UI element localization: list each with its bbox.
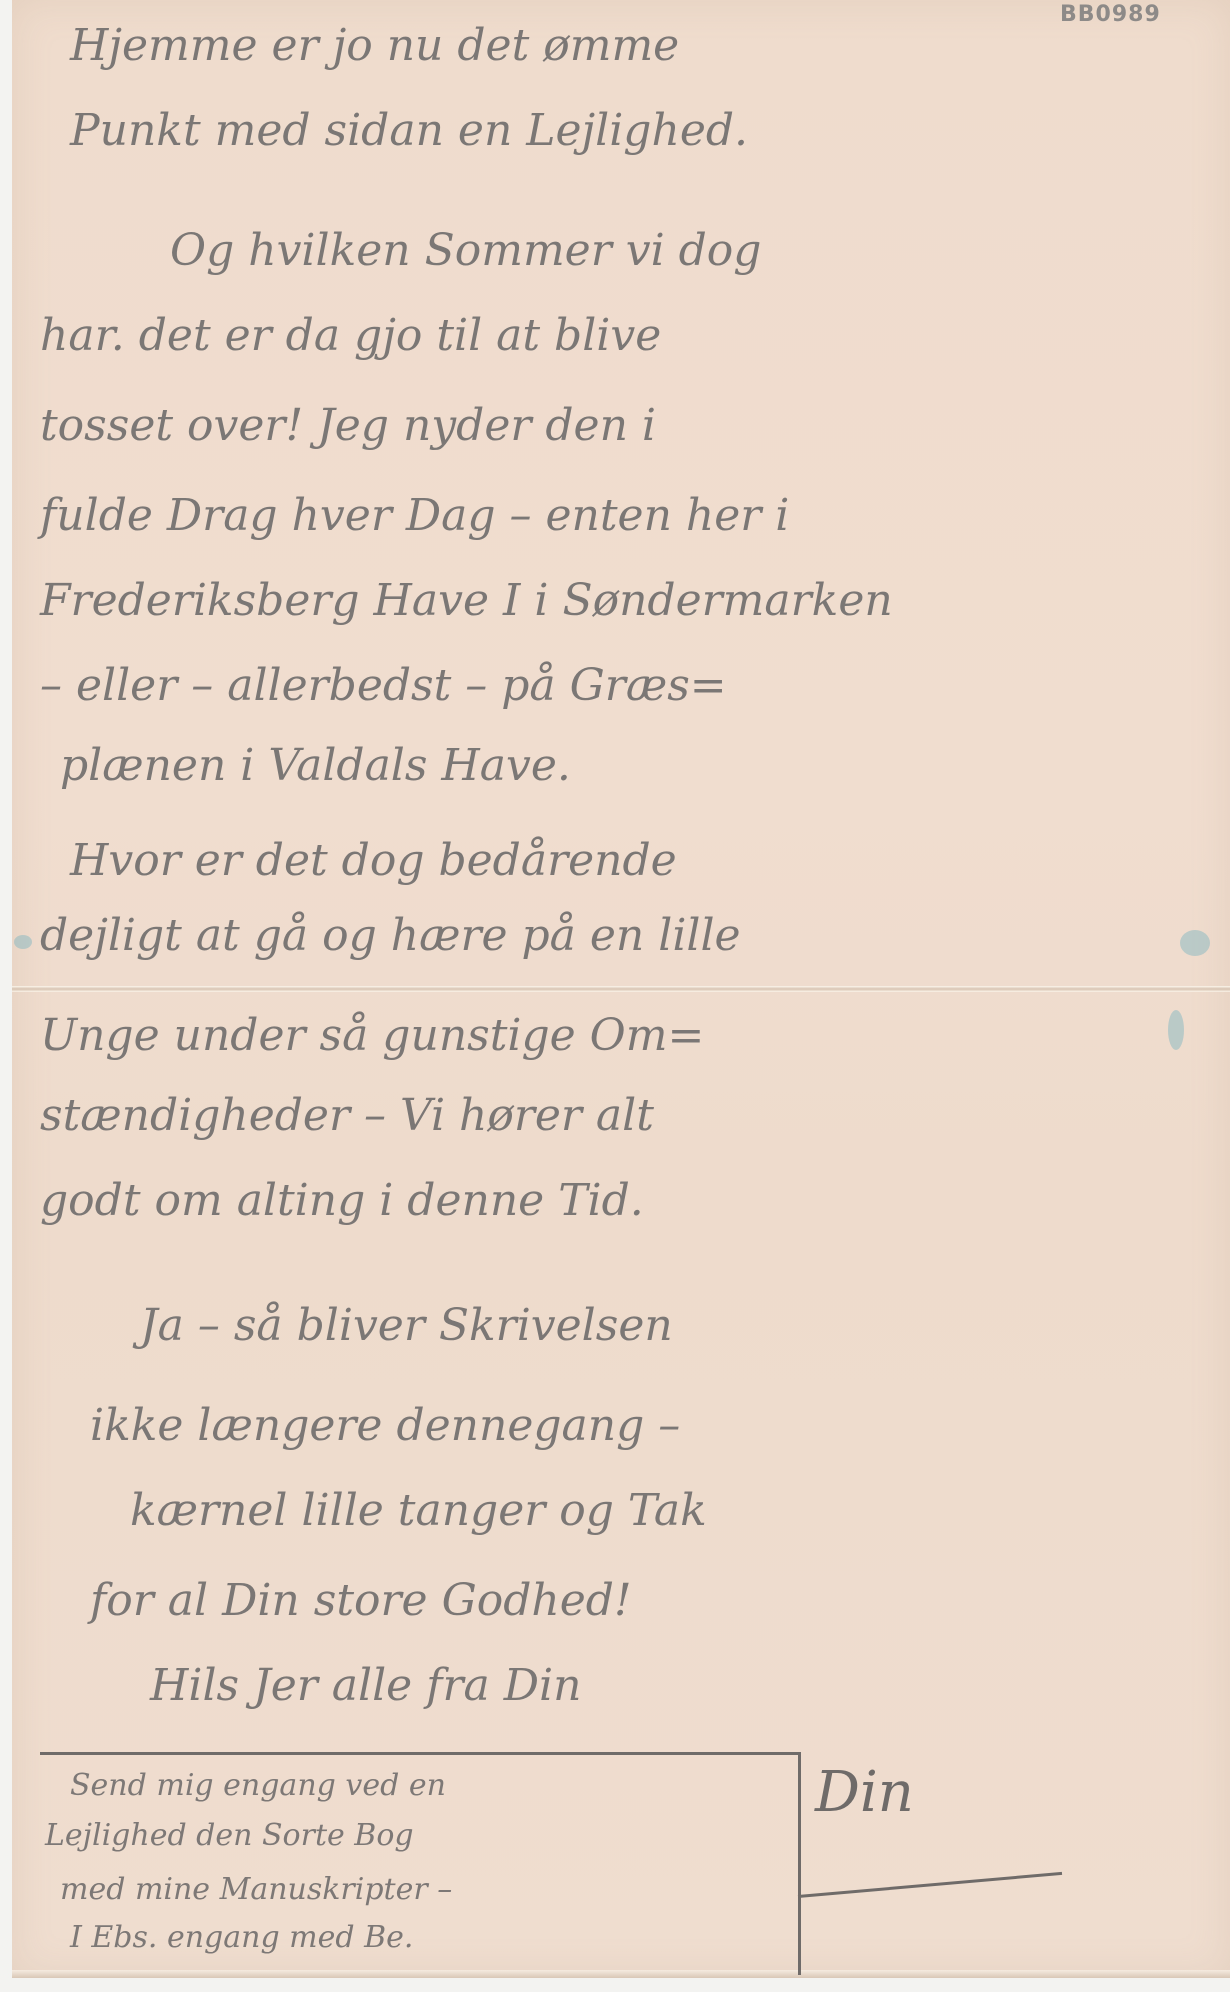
letter-line: Punkt med sidan en Lejlighed. (70, 105, 748, 156)
ink-stain (1168, 1010, 1184, 1050)
letter-line: fulde Drag hver Dag – enten her i (40, 490, 789, 541)
letter-line: dejligt at gå og hære på en lille (40, 910, 741, 961)
letter-line: Og hvilken Sommer vi dog (170, 225, 761, 276)
archive-id-stamp: BB0989 (1060, 2, 1161, 27)
postscript-line: Send mig engang ved en (70, 1768, 446, 1803)
postscript-line: med mine Manuskripter – (60, 1872, 452, 1907)
letter-line: tosset over! Jeg nyder den i (40, 400, 656, 451)
signature: Din (815, 1760, 914, 1825)
letter-line: Hjemme er jo nu det ømme (70, 20, 679, 71)
letter-line: kærnel lille tanger og Tak (130, 1485, 707, 1536)
letter-line: ikke længere dennegang – (90, 1400, 680, 1451)
letter-line: for al Din store Godhed! (90, 1575, 632, 1626)
postscript-line: I Ebs. engang med Be. (70, 1920, 413, 1955)
ink-stain (14, 935, 32, 949)
letter-line: Hils Jer alle fra Din (150, 1660, 581, 1711)
postscript-line: Lejlighed den Sorte Bog (45, 1818, 414, 1853)
letter-line: Unge under så gunstige Om= (40, 1010, 704, 1061)
letter-line: plænen i Valdals Have. (60, 740, 571, 791)
letter-line: – eller – allerbedst – på Græs= (40, 660, 727, 711)
letter-line: Frederiksberg Have I i Søndermarken (40, 575, 893, 626)
letter-line: godt om alting i denne Tid. (40, 1175, 644, 1226)
letter-line: har. det er da gjo til at blive (40, 310, 661, 361)
letter-line: Hvor er det dog bedårende (70, 835, 677, 886)
ink-stain (1180, 930, 1210, 956)
letter-line: Ja – så bliver Skrivelsen (140, 1300, 673, 1351)
paper-fold-crease (12, 986, 1230, 992)
letter-line: stændigheder – Vi hører alt (40, 1090, 654, 1141)
